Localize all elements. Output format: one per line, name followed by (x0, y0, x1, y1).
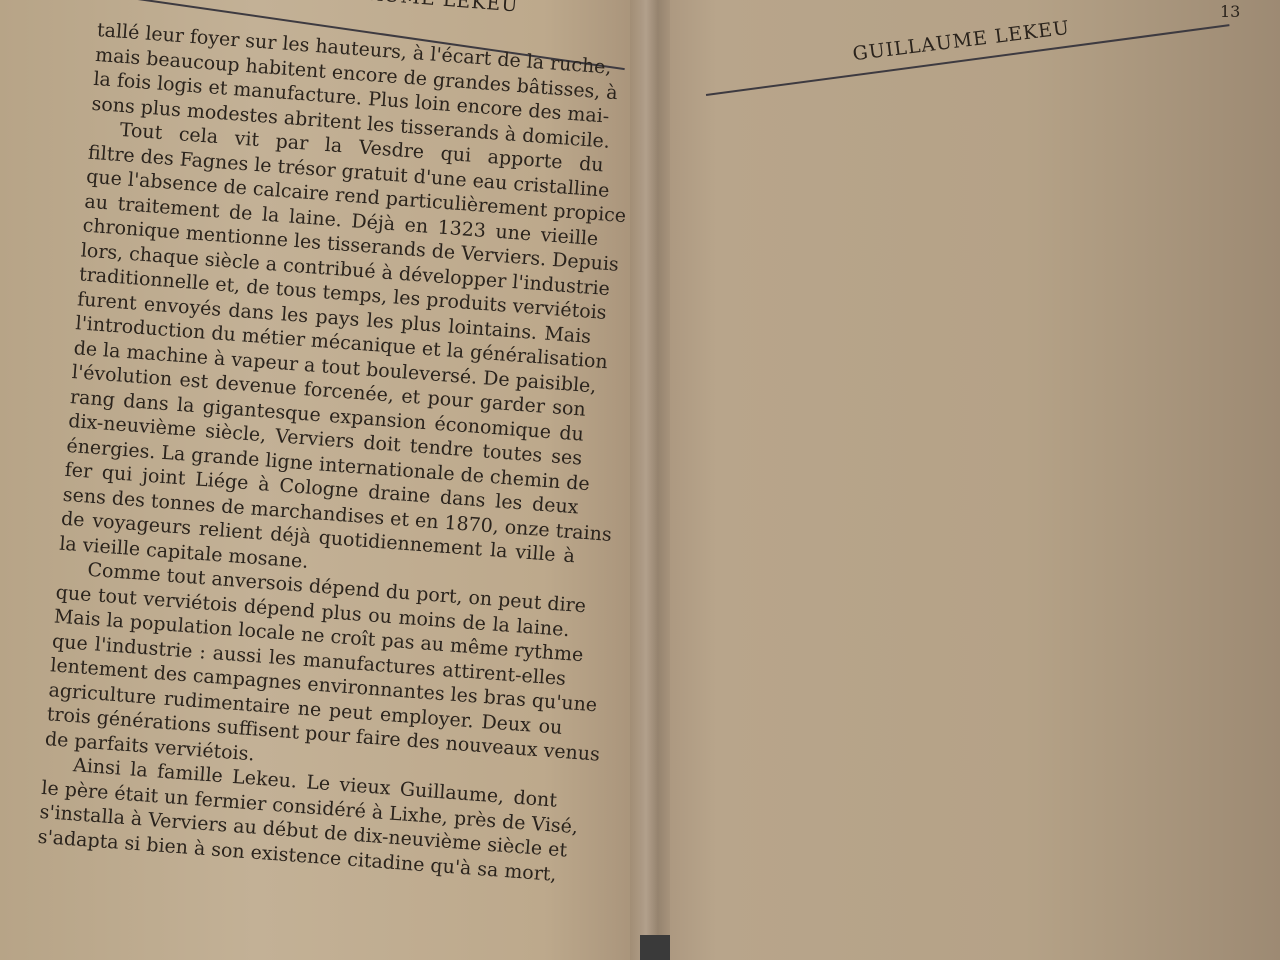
right-page: Guillaume Lekeu 13 il laissait des souve… (640, 0, 1280, 960)
open-book: Guillaume Lekeu tallé leur foyer sur les… (0, 0, 1280, 960)
left-page-text: tallé leur foyer sur les hauteurs, à l'é… (37, 18, 612, 886)
right-running-header: Guillaume Lekeu (851, 17, 1071, 65)
book-gutter (630, 0, 670, 960)
left-running-header: Guillaume Lekeu (299, 0, 519, 17)
left-page: Guillaume Lekeu tallé leur foyer sur les… (0, 0, 640, 960)
book-spine (640, 935, 670, 960)
page-number: 13 (1220, 2, 1240, 21)
